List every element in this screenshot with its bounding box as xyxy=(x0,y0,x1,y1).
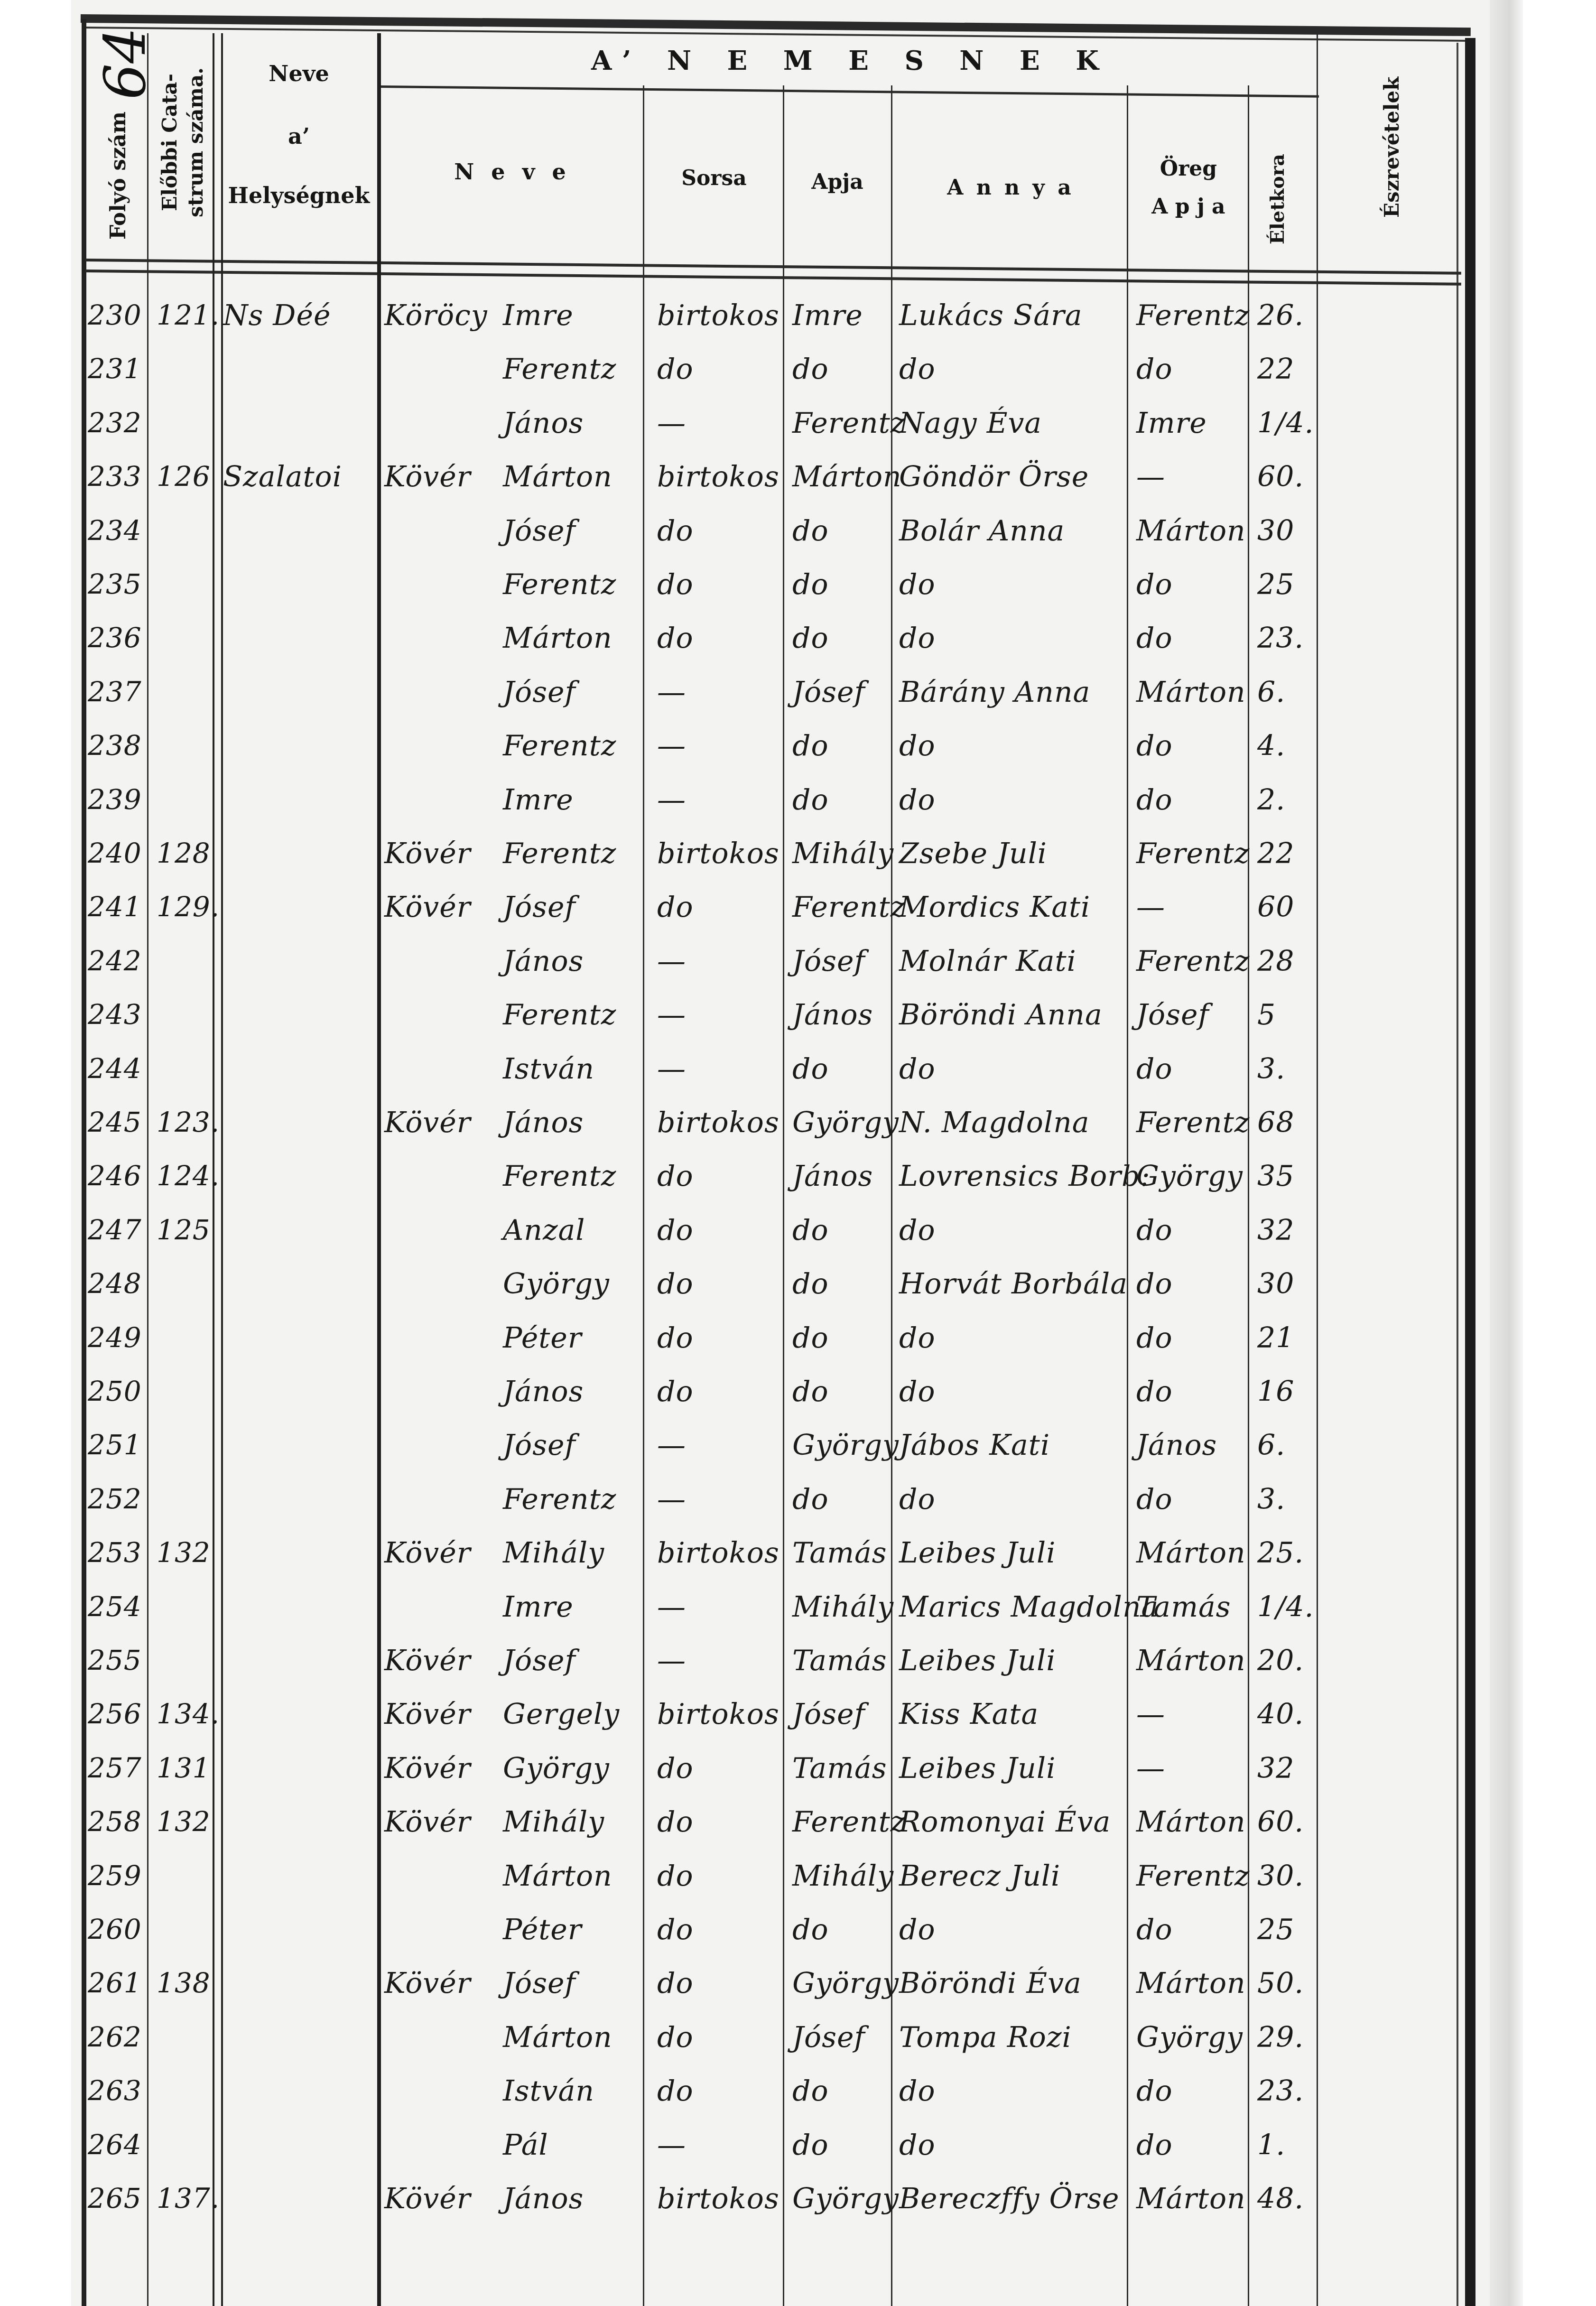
anya-cell: Berecz Juli xyxy=(899,1860,1060,1893)
anya-cell: Leibes Juli xyxy=(899,1644,1056,1677)
given-name-cell: János xyxy=(503,945,584,978)
anya-cell: do xyxy=(899,622,936,655)
table-row: 240128KövérFerentzbirtokosMihályZsebe Ju… xyxy=(0,828,1471,881)
anya-cell: do xyxy=(899,1214,936,1247)
oreg-apja-cell: do xyxy=(1136,1483,1173,1516)
anya-cell: Horvát Borbála xyxy=(899,1267,1128,1301)
anya-cell: do xyxy=(899,729,936,762)
sorsa-cell: birtokos xyxy=(657,2182,779,2215)
apja-cell: Jósef xyxy=(792,676,865,709)
surname-cell: Kövér xyxy=(384,2182,471,2215)
apja-cell: do xyxy=(792,568,829,601)
given-name-cell: Jósef xyxy=(503,1644,576,1677)
oreg-apja-cell: János xyxy=(1136,1429,1217,1462)
oreg-apja-cell: do xyxy=(1136,1267,1173,1301)
table-row: 237Jósef—JósefBárány AnnaMárton6. xyxy=(0,667,1471,719)
apja-cell: do xyxy=(792,622,829,655)
catastrum-cell: 128 xyxy=(157,837,211,869)
folyo-szam-cell: 233 xyxy=(88,460,142,493)
oreg-apja-cell: Márton xyxy=(1136,676,1246,709)
table-row: 262MártondoJósefTompa RoziGyörgy29. xyxy=(0,2012,1471,2064)
anya-cell: Mordics Kati xyxy=(899,891,1090,924)
oreg-apja-cell: Ferentz xyxy=(1136,1106,1250,1139)
table-row: 251Jósef—GyörgyJábos KatiJános6. xyxy=(0,1420,1471,1472)
apja-cell: Márton xyxy=(792,460,902,493)
table-row: 263Istvándodododo23. xyxy=(0,2066,1471,2118)
table-row: 241129.KövérJósefdoFerentzMordics Kati—6… xyxy=(0,882,1471,934)
header-eszrevetelek: Észrevételek xyxy=(1381,52,1403,242)
sorsa-cell: do xyxy=(657,1321,694,1355)
anya-cell: Bereczffy Örse xyxy=(899,2182,1120,2215)
eletkora-cell: 1/4. xyxy=(1257,1590,1314,1624)
sorsa-cell: do xyxy=(657,1967,694,2000)
header-oreg-apja-2: A p j a xyxy=(1129,195,1248,219)
catastrum-cell: 134. xyxy=(157,1698,220,1730)
given-name-cell: Márton xyxy=(503,622,612,655)
header-elobbi-catastrum-1: Előbbi Cata- xyxy=(159,36,181,249)
eletkora-cell: 50. xyxy=(1257,1967,1304,2000)
oreg-apja-cell: do xyxy=(1136,353,1173,386)
header-neve: N e v e xyxy=(384,159,640,185)
sorsa-cell: — xyxy=(657,729,686,762)
apja-cell: Jósef xyxy=(792,1698,865,1731)
header-folyo-szam: Folyó szám xyxy=(107,104,130,247)
apja-cell: Imre xyxy=(792,299,863,332)
eletkora-cell: 2. xyxy=(1257,783,1285,817)
folyo-szam-cell: 263 xyxy=(88,2074,142,2107)
apja-cell: do xyxy=(792,783,829,817)
oreg-apja-cell: Jósef xyxy=(1136,998,1209,1032)
header-apja: Apja xyxy=(785,170,890,194)
oreg-apja-cell: Márton xyxy=(1136,514,1246,548)
eletkora-cell: 4. xyxy=(1257,729,1285,762)
sorsa-cell: — xyxy=(657,1483,686,1516)
given-name-cell: Ferentz xyxy=(503,837,616,870)
apja-cell: Jósef xyxy=(792,2021,865,2054)
given-name-cell: István xyxy=(503,2074,594,2108)
given-name-cell: Ferentz xyxy=(503,1483,616,1516)
apja-cell: do xyxy=(792,514,829,548)
surname-cell: Kövér xyxy=(384,1106,471,1139)
given-name-cell: János xyxy=(503,1106,584,1139)
apja-cell: do xyxy=(792,729,829,762)
sorsa-cell: do xyxy=(657,1214,694,1247)
table-row: 254Imre—MihályMarics MagdolnaTamás1/4. xyxy=(0,1582,1471,1634)
header-nemesnek-title: A’ N E M E S N E K xyxy=(394,45,1309,76)
eletkora-cell: 29. xyxy=(1257,2021,1304,2054)
folyo-szam-cell: 232 xyxy=(88,407,142,439)
oreg-apja-cell: György xyxy=(1136,1160,1243,1193)
catastrum-cell: 138 xyxy=(157,1967,211,1999)
eletkora-cell: 25 xyxy=(1257,568,1294,601)
folyo-szam-cell: 234 xyxy=(88,514,142,547)
apja-cell: do xyxy=(792,1321,829,1355)
table-row: 259MártondoMihályBerecz JuliFerentz30. xyxy=(0,1851,1471,1903)
table-row: 250Jánosdodododo16 xyxy=(0,1367,1471,1419)
sorsa-cell: — xyxy=(657,1429,686,1462)
oreg-apja-cell: do xyxy=(1136,2074,1173,2108)
given-name-cell: Pál xyxy=(503,2129,548,2162)
oreg-apja-cell: do xyxy=(1136,1375,1173,1408)
apja-cell: János xyxy=(792,1160,873,1193)
sorsa-cell: do xyxy=(657,622,694,655)
given-name-cell: Gergely xyxy=(503,1698,620,1731)
given-name-cell: György xyxy=(503,1267,610,1301)
table-row: 244István—dododo3. xyxy=(0,1044,1471,1096)
surname-cell: Kövér xyxy=(384,891,471,924)
oreg-apja-cell: Imre xyxy=(1136,407,1207,440)
oreg-apja-cell: do xyxy=(1136,1913,1173,1946)
header-sorsa: Sorsa xyxy=(645,166,783,190)
given-name-cell: Ferentz xyxy=(503,998,616,1032)
table-row: 233126SzalatoiKövérMártonbirtokosMártonG… xyxy=(0,452,1471,504)
apja-cell: do xyxy=(792,2129,829,2162)
sorsa-cell: do xyxy=(657,1160,694,1193)
table-row: 232János—FerentzNagy ÉvaImre1/4. xyxy=(0,398,1471,450)
sorsa-cell: do xyxy=(657,1805,694,1839)
eletkora-cell: 60 xyxy=(1257,891,1294,924)
surname-cell: Kövér xyxy=(384,1536,471,1570)
apja-cell: Ferentz xyxy=(792,891,906,924)
oreg-apja-cell: Ferentz xyxy=(1136,1860,1250,1893)
table-row: 248GyörgydodoHorvát Borbálado30 xyxy=(0,1259,1471,1311)
anya-cell: Marics Magdolna xyxy=(899,1590,1159,1624)
sorsa-cell: birtokos xyxy=(657,1698,779,1731)
folyo-szam-cell: 231 xyxy=(88,353,142,385)
given-name-cell: Imre xyxy=(503,1590,574,1624)
apja-cell: do xyxy=(792,1913,829,1946)
folyo-szam-cell: 235 xyxy=(88,568,142,600)
anya-cell: Zsebe Juli xyxy=(899,837,1047,870)
folyo-szam-cell: 238 xyxy=(88,729,142,762)
table-row: 255KövérJósef—TamásLeibes JuliMárton20. xyxy=(0,1636,1471,1688)
table-row: 242János—JósefMolnár KatiFerentz28 xyxy=(0,936,1471,988)
table-row: 238Ferentz—dododo4. xyxy=(0,721,1471,773)
catastrum-cell: 131 xyxy=(157,1752,211,1784)
apja-cell: Mihály xyxy=(792,1860,894,1893)
folyo-szam-cell: 256 xyxy=(88,1698,142,1730)
eletkora-cell: 22 xyxy=(1257,837,1294,870)
anya-cell: Leibes Juli xyxy=(899,1752,1056,1785)
sorsa-cell: do xyxy=(657,891,694,924)
folyo-szam-cell: 248 xyxy=(88,1267,142,1300)
oreg-apja-cell: do xyxy=(1136,783,1173,817)
eletkora-cell: 32 xyxy=(1257,1214,1294,1247)
helyseg-cell: Ns Déé xyxy=(223,299,331,332)
folyo-szam-cell: 262 xyxy=(88,2021,142,2053)
eletkora-cell: 20. xyxy=(1257,1644,1304,1677)
apja-cell: Ferentz xyxy=(792,1805,906,1839)
catastrum-cell: 132 xyxy=(157,1805,211,1838)
table-row: 247125Anzaldodododo32 xyxy=(0,1205,1471,1257)
given-name-cell: János xyxy=(503,2182,584,2215)
sorsa-cell: do xyxy=(657,1913,694,1946)
oreg-apja-cell: do xyxy=(1136,1321,1173,1355)
oreg-apja-cell: — xyxy=(1136,1752,1165,1785)
anya-cell: do xyxy=(899,1321,936,1355)
folyo-szam-cell: 260 xyxy=(88,1913,142,1945)
apja-cell: do xyxy=(792,2074,829,2108)
folyo-szam-cell: 253 xyxy=(88,1536,142,1569)
oreg-apja-cell: do xyxy=(1136,1214,1173,1247)
folyo-szam-cell: 244 xyxy=(88,1052,142,1085)
eletkora-cell: 3. xyxy=(1257,1052,1285,1086)
eletkora-cell: 25 xyxy=(1257,1913,1294,1946)
header-helyseg-1: Neve xyxy=(223,61,375,86)
folyo-szam-cell: 245 xyxy=(88,1106,142,1138)
apja-cell: do xyxy=(792,1267,829,1301)
apja-cell: do xyxy=(792,1375,829,1408)
table-row: 252Ferentz—dododo3. xyxy=(0,1474,1471,1526)
anya-cell: Leibes Juli xyxy=(899,1536,1056,1570)
given-name-cell: Márton xyxy=(503,460,612,493)
anya-cell: Molnár Kati xyxy=(899,945,1076,978)
apja-cell: do xyxy=(792,1052,829,1086)
given-name-cell: Márton xyxy=(503,2021,612,2054)
table-row: 243Ferentz—JánosBöröndi AnnaJósef5 xyxy=(0,990,1471,1042)
eletkora-cell: 6. xyxy=(1257,1429,1285,1462)
table-row: 246124.FerentzdoJánosLovrensics Borb:Gyö… xyxy=(0,1151,1471,1203)
oreg-apja-cell: do xyxy=(1136,1052,1173,1086)
catastrum-cell: 126 xyxy=(157,460,211,493)
anya-cell: N. Magdolna xyxy=(899,1106,1090,1139)
apja-cell: Ferentz xyxy=(792,407,906,440)
anya-cell: Böröndi Éva xyxy=(899,1967,1082,2000)
oreg-apja-cell: Ferentz xyxy=(1136,299,1250,332)
catastrum-cell: 125 xyxy=(157,1214,211,1246)
given-name-cell: Mihály xyxy=(503,1536,604,1570)
surname-cell: Kövér xyxy=(384,1967,471,2000)
eletkora-cell: 40. xyxy=(1257,1698,1304,1731)
sorsa-cell: — xyxy=(657,945,686,978)
anya-cell: Romonyai Éva xyxy=(899,1805,1111,1839)
apja-cell: György xyxy=(792,1106,899,1139)
oreg-apja-cell: Márton xyxy=(1136,1536,1246,1570)
given-name-cell: Jósef xyxy=(503,514,576,548)
oreg-apja-cell: György xyxy=(1136,2021,1243,2054)
apja-cell: do xyxy=(792,1483,829,1516)
catastrum-cell: 129. xyxy=(157,891,220,923)
sorsa-cell: do xyxy=(657,568,694,601)
oreg-apja-cell: do xyxy=(1136,568,1173,601)
anya-cell: do xyxy=(899,353,936,386)
eletkora-cell: 48. xyxy=(1257,2182,1304,2215)
header-eletkora: Életkora xyxy=(1267,133,1289,266)
given-name-cell: Ferentz xyxy=(503,1160,616,1193)
given-name-cell: István xyxy=(503,1052,594,1086)
folyo-szam-cell: 247 xyxy=(88,1214,142,1246)
anya-cell: do xyxy=(899,783,936,817)
apja-cell: Tamás xyxy=(792,1644,887,1677)
catastrum-cell: 123. xyxy=(157,1106,220,1138)
oreg-apja-cell: — xyxy=(1136,1698,1165,1731)
table-row: 231Ferentzdodododo22 xyxy=(0,344,1471,396)
table-row: 253132KövérMihálybirtokosTamásLeibes Jul… xyxy=(0,1528,1471,1580)
anya-cell: Göndör Örse xyxy=(899,460,1089,493)
folyo-szam-cell: 242 xyxy=(88,945,142,977)
folyo-szam-cell: 240 xyxy=(88,837,142,869)
oreg-apja-cell: do xyxy=(1136,729,1173,762)
sorsa-cell: birtokos xyxy=(657,1536,779,1570)
catastrum-cell: 124. xyxy=(157,1160,220,1192)
given-name-cell: Jósef xyxy=(503,676,576,709)
sorsa-cell: — xyxy=(657,783,686,817)
folyo-szam-cell: 251 xyxy=(88,1429,142,1461)
page-edge-shadow xyxy=(1490,0,1523,2306)
oreg-apja-cell: Ferentz xyxy=(1136,837,1250,870)
sorsa-cell: do xyxy=(657,514,694,548)
surname-cell: Kövér xyxy=(384,1644,471,1677)
eletkora-cell: 26. xyxy=(1257,299,1304,332)
anya-cell: Bárány Anna xyxy=(899,676,1090,709)
eletkora-cell: 21 xyxy=(1257,1321,1294,1355)
eletkora-cell: 16 xyxy=(1257,1375,1294,1408)
oreg-apja-cell: do xyxy=(1136,2129,1173,2162)
catastrum-cell: 137. xyxy=(157,2182,220,2214)
given-name-cell: János xyxy=(503,1375,584,1408)
surname-cell: Köröcy xyxy=(384,299,488,332)
page-number: 64 xyxy=(93,27,158,100)
table-row: 249Péterdodododo21 xyxy=(0,1313,1471,1365)
apja-cell: János xyxy=(792,998,873,1032)
table-row: 239Imre—dododo2. xyxy=(0,775,1471,827)
apja-cell: György xyxy=(792,2182,899,2215)
anya-cell: do xyxy=(899,1913,936,1946)
eletkora-cell: 23. xyxy=(1257,2074,1304,2108)
oreg-apja-cell: do xyxy=(1136,622,1173,655)
header-elobbi-catastrum-2: strum száma. xyxy=(185,36,207,249)
eletkora-cell: 23. xyxy=(1257,622,1304,655)
anya-cell: Tompa Rozi xyxy=(899,2021,1072,2054)
anya-cell: Kiss Kata xyxy=(899,1698,1039,1731)
sorsa-cell: do xyxy=(657,1375,694,1408)
catastrum-cell: 121. xyxy=(157,299,220,331)
anya-cell: do xyxy=(899,1375,936,1408)
folyo-szam-cell: 237 xyxy=(88,676,142,708)
folyo-szam-cell: 246 xyxy=(88,1160,142,1192)
sorsa-cell: do xyxy=(657,1267,694,1301)
anya-cell: Bolár Anna xyxy=(899,514,1065,548)
given-name-cell: Jósef xyxy=(503,891,576,924)
eletkora-cell: 22 xyxy=(1257,353,1294,386)
sorsa-cell: do xyxy=(657,1752,694,1785)
oreg-apja-cell: Márton xyxy=(1136,1967,1246,2000)
folyo-szam-cell: 243 xyxy=(88,998,142,1031)
eletkora-cell: 68 xyxy=(1257,1106,1294,1139)
eletkora-cell: 60. xyxy=(1257,460,1304,493)
eletkora-cell: 30. xyxy=(1257,1860,1304,1893)
folyo-szam-cell: 264 xyxy=(88,2129,142,2161)
apja-cell: do xyxy=(792,1214,829,1247)
table-row: 265137.KövérJánosbirtokosGyörgyBereczffy… xyxy=(0,2174,1471,2226)
surname-cell: Kövér xyxy=(384,460,471,493)
given-name-cell: János xyxy=(503,407,584,440)
folyo-szam-cell: 257 xyxy=(88,1752,142,1784)
sorsa-cell: — xyxy=(657,407,686,440)
folyo-szam-cell: 241 xyxy=(88,891,142,923)
eletkora-cell: 25. xyxy=(1257,1536,1304,1570)
oreg-apja-cell: Márton xyxy=(1136,2182,1246,2215)
anya-cell: Lovrensics Borb: xyxy=(899,1160,1151,1193)
table-row: 230121.Ns DééKöröcyImrebirtokosImreLukác… xyxy=(0,290,1471,343)
given-name-cell: Péter xyxy=(503,1913,582,1946)
table-row: 260Péterdodododo25 xyxy=(0,1905,1471,1957)
oreg-apja-cell: Márton xyxy=(1136,1805,1246,1839)
folyo-szam-cell: 261 xyxy=(88,1967,142,1999)
folyo-szam-cell: 230 xyxy=(88,299,142,331)
sorsa-cell: — xyxy=(657,1590,686,1624)
given-name-cell: Imre xyxy=(503,299,574,332)
oreg-apja-cell: Márton xyxy=(1136,1644,1246,1677)
folyo-szam-cell: 249 xyxy=(88,1321,142,1354)
oreg-apja-cell: — xyxy=(1136,891,1165,924)
given-name-cell: Ferentz xyxy=(503,353,616,386)
eletkora-cell: 60. xyxy=(1257,1805,1304,1839)
eletkora-cell: 1. xyxy=(1257,2129,1285,2162)
folyo-szam-cell: 252 xyxy=(88,1483,142,1515)
anya-cell: Jábos Kati xyxy=(899,1429,1050,1462)
folyo-szam-cell: 236 xyxy=(88,622,142,654)
sorsa-cell: do xyxy=(657,2021,694,2054)
folyo-szam-cell: 250 xyxy=(88,1375,142,1407)
given-name-cell: Márton xyxy=(503,1860,612,1893)
eletkora-cell: 32 xyxy=(1257,1752,1294,1785)
folyo-szam-cell: 254 xyxy=(88,1590,142,1623)
header-helyseg-3: Helységnek xyxy=(223,183,375,208)
folyo-szam-cell: 255 xyxy=(88,1644,142,1676)
sorsa-cell: — xyxy=(657,1052,686,1086)
oreg-apja-cell: — xyxy=(1136,460,1165,493)
table-row: 245123.KövérJánosbirtokosGyörgyN. Magdol… xyxy=(0,1097,1471,1150)
anya-cell: do xyxy=(899,2074,936,2108)
eletkora-cell: 3. xyxy=(1257,1483,1285,1516)
anya-cell: Lukács Sára xyxy=(899,299,1082,332)
sorsa-cell: birtokos xyxy=(657,1106,779,1139)
given-name-cell: György xyxy=(503,1752,610,1785)
sorsa-cell: birtokos xyxy=(657,837,779,870)
apja-cell: Tamás xyxy=(792,1536,887,1570)
folyo-szam-cell: 239 xyxy=(88,783,142,816)
header-anya: A n n y a xyxy=(894,176,1127,200)
surname-cell: Kövér xyxy=(384,837,471,870)
eletkora-cell: 28 xyxy=(1257,945,1294,978)
given-name-cell: Jósef xyxy=(503,1967,576,2000)
table-row: 261138KövérJósefdoGyörgyBöröndi ÉvaMárto… xyxy=(0,1958,1471,2010)
sorsa-cell: birtokos xyxy=(657,460,779,493)
apja-cell: Tamás xyxy=(792,1752,887,1785)
given-name-cell: Anzal xyxy=(503,1214,585,1247)
given-name-cell: Ferentz xyxy=(503,729,616,762)
given-name-cell: Ferentz xyxy=(503,568,616,601)
sorsa-cell: do xyxy=(657,1860,694,1893)
sorsa-cell: — xyxy=(657,1644,686,1677)
surname-cell: Kövér xyxy=(384,1752,471,1785)
table-row: 234JósefdodoBolár AnnaMárton30 xyxy=(0,506,1471,558)
anya-cell: do xyxy=(899,1052,936,1086)
table-row: 256134.KövérGergelybirtokosJósefKiss Kat… xyxy=(0,1689,1471,1741)
table-row: 257131KövérGyörgydoTamásLeibes Juli—32 xyxy=(0,1743,1471,1795)
folyo-szam-cell: 265 xyxy=(88,2182,142,2214)
sorsa-cell: do xyxy=(657,2074,694,2108)
helyseg-cell: Szalatoi xyxy=(223,460,342,493)
header-oreg-apja-1: Öreg xyxy=(1129,157,1248,181)
anya-cell: Böröndi Anna xyxy=(899,998,1103,1032)
surname-cell: Kövér xyxy=(384,1698,471,1731)
folyo-szam-cell: 259 xyxy=(88,1860,142,1892)
given-name-cell: Jósef xyxy=(503,1429,576,1462)
apja-cell: do xyxy=(792,353,829,386)
sorsa-cell: birtokos xyxy=(657,299,779,332)
